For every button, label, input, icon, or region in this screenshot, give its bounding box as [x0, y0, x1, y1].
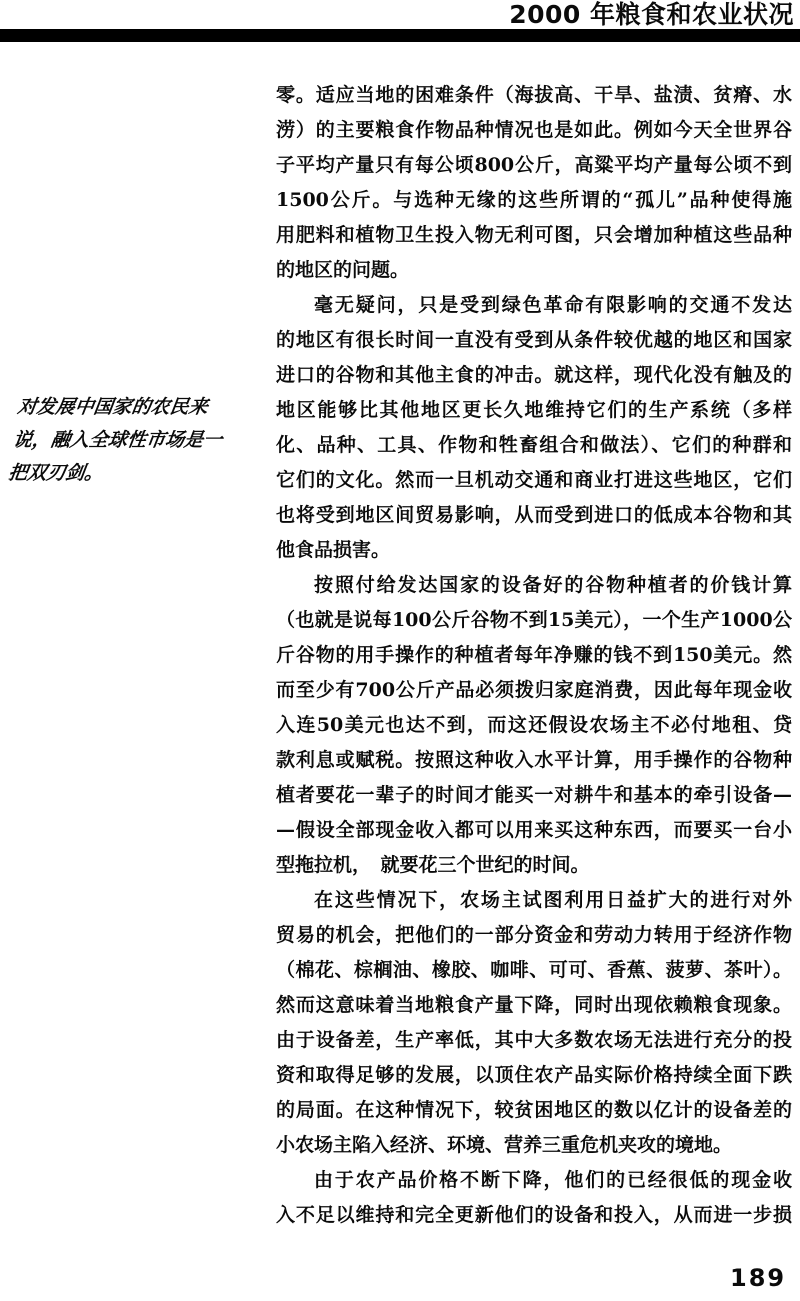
- body-text-line: 型拖拉机， 就要花三个世纪的时间。: [276, 848, 792, 883]
- header-divider-bar: [0, 29, 800, 42]
- body-text-line: 斤谷物的用手操作的种植者每年净赚的钱不到150美元。然: [276, 638, 792, 673]
- body-text-line: 地区能够比其他地区更长久地维持它们的生产系统（多样: [276, 393, 792, 428]
- body-text-line: 毫无疑问，只是受到绿色革命有限影响的交通不发达: [276, 288, 792, 323]
- body-text-line: —假设全部现金收入都可以用来买这种东西，而要买一台小: [276, 813, 792, 848]
- body-text-line: 他食品损害。: [276, 533, 792, 568]
- body-text-line: 而至少有700公斤产品必须拨归家庭消费，因此每年现金收: [276, 673, 792, 708]
- body-text-block: 零。适应当地的困难条件（海拔高、干旱、盐渍、贫瘠、水涝）的主要粮食作物品种情况也…: [276, 78, 792, 1233]
- body-text-line: 进口的谷物和其他主食的冲击。就这样，现代化没有触及的: [276, 358, 792, 393]
- margin-note-line: 说，融入全球性市场是一: [11, 424, 264, 457]
- body-text-line: 在这些情况下，农场主试图利用日益扩大的进行对外: [276, 883, 792, 918]
- margin-note: 对发展中国家的农民来说，融入全球性市场是一把双刃剑。: [6, 391, 268, 490]
- body-text-line: 由于农产品价格不断下降，他们的已经很低的现金收: [276, 1163, 792, 1198]
- body-text-line: 涝）的主要粮食作物品种情况也是如此。例如今天全世界谷: [276, 113, 792, 148]
- body-text-line: 贸易的机会，把他们的一部分资金和劳动力转用于经济作物: [276, 918, 792, 953]
- body-text-line: 入不足以维持和完全更新他们的设备和投入，从而进一步损: [276, 1198, 792, 1233]
- body-text-line: 化、品种、工具、作物和牲畜组合和做法）、它们的种群和: [276, 428, 792, 463]
- body-text-line: 1500公斤。与选种无缘的这些所谓的“孤儿”品种使得施: [276, 183, 792, 218]
- body-text-line: 然而这意味着当地粮食产量下降，同时出现依赖粮食现象。: [276, 988, 792, 1023]
- body-text-line: 的地区有很长时间一直没有受到从条件较优越的地区和国家: [276, 323, 792, 358]
- body-text-line: 入连50美元也达不到，而这还假设农场主不必付地租、贷: [276, 708, 792, 743]
- body-text-line: 零。适应当地的困难条件（海拔高、干旱、盐渍、贫瘠、水: [276, 78, 792, 113]
- page-number: 189: [730, 1264, 786, 1292]
- body-text-line: 按照付给发达国家的设备好的谷物种植者的价钱计算: [276, 568, 792, 603]
- body-text-line: 它们的文化。然而一旦机动交通和商业打进这些地区，它们: [276, 463, 792, 498]
- body-text-line: 的地区的问题。: [276, 253, 792, 288]
- body-text-line: （棉花、棕榈油、橡胶、咖啡、可可、香蕉、菠萝、茶叶）。: [276, 953, 792, 988]
- body-text-line: 款利息或赋税。按照这种收入水平计算，用手操作的谷物种: [276, 743, 792, 778]
- body-text-line: 子平均产量只有每公顷800公斤，高粱平均产量每公顷不到: [276, 148, 792, 183]
- margin-note-line: 把双刃剑。: [6, 457, 259, 490]
- body-text-line: 小农场主陷入经济、环境、营养三重危机夹攻的境地。: [276, 1128, 792, 1163]
- margin-note-line: 对发展中国家的农民来: [15, 391, 268, 424]
- body-text-line: 植者要花一辈子的时间才能买一对耕牛和基本的牵引设备—: [276, 778, 792, 813]
- page-header-title: 2000 年粮食和农业状况: [509, 0, 794, 29]
- body-text-line: （也就是说每100公斤谷物不到15美元），一个生产1000公: [276, 603, 792, 638]
- body-text-line: 也将受到地区间贸易影响，从而受到进口的低成本谷物和其: [276, 498, 792, 533]
- body-text-line: 用肥料和植物卫生投入物无利可图，只会增加种植这些品种: [276, 218, 792, 253]
- body-text-line: 资和取得足够的发展，以顶住农产品实际价格持续全面下跌: [276, 1058, 792, 1093]
- body-text-line: 的局面。在这种情况下，较贫困地区的数以亿计的设备差的: [276, 1093, 792, 1128]
- body-text-line: 由于设备差，生产率低，其中大多数农场无法进行充分的投: [276, 1023, 792, 1058]
